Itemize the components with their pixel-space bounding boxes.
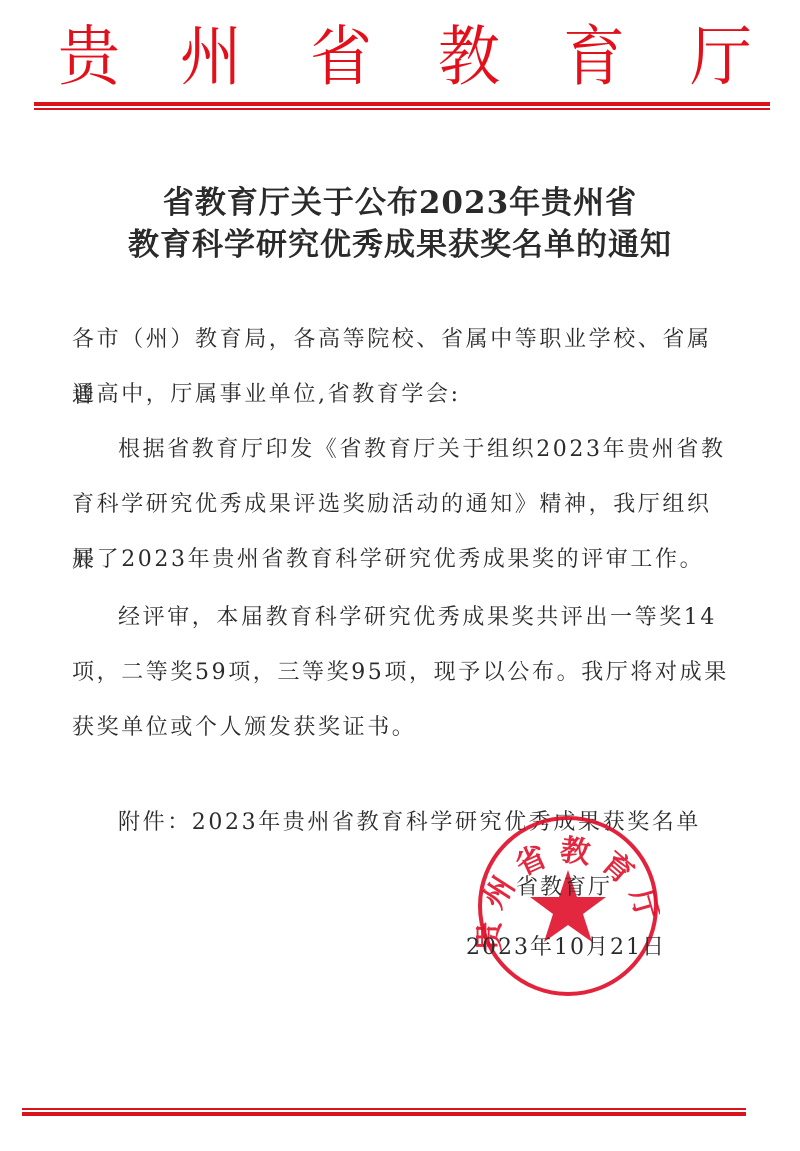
document-title-line1: 省教育厅关于公布2023年贵州省 bbox=[0, 180, 800, 226]
letterhead-char: 州 bbox=[180, 20, 242, 94]
paragraph1-line3: 展了2023年贵州省教育科学研究优秀成果奖的评审工作。 bbox=[72, 532, 732, 588]
letterhead-char: 贵 bbox=[58, 20, 120, 94]
paragraph2-line2: 项，二等奖59项，三等奖95项，现予以公布。我厅将对成果 bbox=[72, 645, 732, 701]
letterhead-char: 教 bbox=[438, 20, 500, 94]
paragraph1-line1: 根据省教育厅印发《省教育厅关于组织2023年贵州省教 bbox=[118, 422, 732, 478]
footer-divider bbox=[22, 1108, 746, 1116]
attachment-note: 附件：2023年贵州省教育科学研究优秀成果获奖名单 bbox=[118, 795, 758, 851]
letterhead-char: 育 bbox=[563, 20, 625, 94]
letterhead-char: 厅 bbox=[690, 20, 752, 94]
document-title-line2: 教育科学研究优秀成果获奖名单的通知 bbox=[0, 222, 800, 268]
letterhead: 贵 州 省 教 育 厅 bbox=[0, 22, 800, 92]
letterhead-char: 省 bbox=[310, 20, 372, 94]
addressee-line2: 通高中，厅属事业单位,省教育学会: bbox=[72, 367, 732, 423]
signature-organization: 省教育厅 bbox=[516, 870, 612, 901]
paragraph2-line3: 获奖单位或个人颁发获奖证书。 bbox=[72, 700, 732, 756]
header-divider bbox=[34, 102, 770, 112]
paragraph2-line1: 经评审，本届教育科学研究优秀成果奖共评出一等奖14 bbox=[118, 590, 732, 646]
signature-date: 2023年10月21日 bbox=[466, 930, 666, 961]
official-seal-icon: 贵州省教育厅 bbox=[476, 812, 660, 1000]
